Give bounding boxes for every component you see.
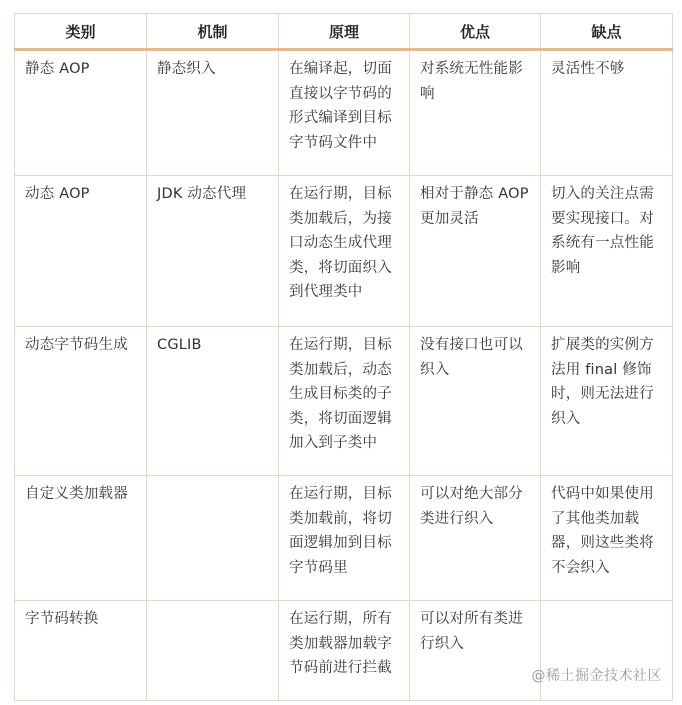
cell-cons: 灵活性不够 [541, 50, 673, 176]
cell-pros: 可以对所有类进行织入 [410, 601, 541, 701]
table-row: 自定义类加载器 在运行期，目标类加载前，将切面逻辑加到目标字节码里 可以对绝大部… [15, 476, 673, 601]
table-row: 静态 AOP 静态织入 在编译起，切面直接以字节码的形式编译到目标字节码文件中 … [15, 50, 673, 176]
cell-category: 字节码转换 [15, 601, 147, 701]
cell-principle: 在运行期，目标类加载后，为接口动态生成代理类，将切面织入到代理类中 [279, 176, 410, 327]
comparison-table: 类别 机制 原理 优点 缺点 静态 AOP 静态织入 在编译起，切面直接以字节码… [14, 13, 673, 701]
table-row: 字节码转换 在运行期，所有类加载器加载字节码前进行拦截 可以对所有类进行织入 [15, 601, 673, 701]
cell-mechanism: JDK 动态代理 [147, 176, 279, 327]
cell-mechanism: CGLIB [147, 327, 279, 476]
header-category: 类别 [15, 14, 147, 50]
cell-pros: 可以对绝大部分类进行织入 [410, 476, 541, 601]
cell-principle: 在编译起，切面直接以字节码的形式编译到目标字节码文件中 [279, 50, 410, 176]
watermark: @稀土掘金技术社区 [532, 665, 663, 685]
cell-category: 自定义类加载器 [15, 476, 147, 601]
cell-cons: 切入的关注点需要实现接口。对系统有一点性能影响 [541, 176, 673, 327]
cell-principle: 在运行期，目标类加载前，将切面逻辑加到目标字节码里 [279, 476, 410, 601]
header-row: 类别 机制 原理 优点 缺点 [15, 14, 673, 50]
cell-principle: 在运行期，所有类加载器加载字节码前进行拦截 [279, 601, 410, 701]
cell-mechanism [147, 476, 279, 601]
table-row: 动态 AOP JDK 动态代理 在运行期，目标类加载后，为接口动态生成代理类，将… [15, 176, 673, 327]
cell-category: 动态字节码生成 [15, 327, 147, 476]
header-principle: 原理 [279, 14, 410, 50]
cell-mechanism [147, 601, 279, 701]
cell-category: 静态 AOP [15, 50, 147, 176]
cell-pros: 没有接口也可以织入 [410, 327, 541, 476]
cell-pros: 相对于静态 AOP 更加灵活 [410, 176, 541, 327]
cell-cons: 代码中如果使用了其他类加载器，则这些类将不会织入 [541, 476, 673, 601]
cell-cons: 扩展类的实例方法用 final 修饰时，则无法进行织入 [541, 327, 673, 476]
cell-cons [541, 601, 673, 701]
header-pros: 优点 [410, 14, 541, 50]
cell-category: 动态 AOP [15, 176, 147, 327]
table-row: 动态字节码生成 CGLIB 在运行期，目标类加载后，动态生成目标类的子类，将切面… [15, 327, 673, 476]
cell-pros: 对系统无性能影响 [410, 50, 541, 176]
cell-principle: 在运行期，目标类加载后，动态生成目标类的子类，将切面逻辑加入到子类中 [279, 327, 410, 476]
cell-mechanism: 静态织入 [147, 50, 279, 176]
header-cons: 缺点 [541, 14, 673, 50]
header-mechanism: 机制 [147, 14, 279, 50]
